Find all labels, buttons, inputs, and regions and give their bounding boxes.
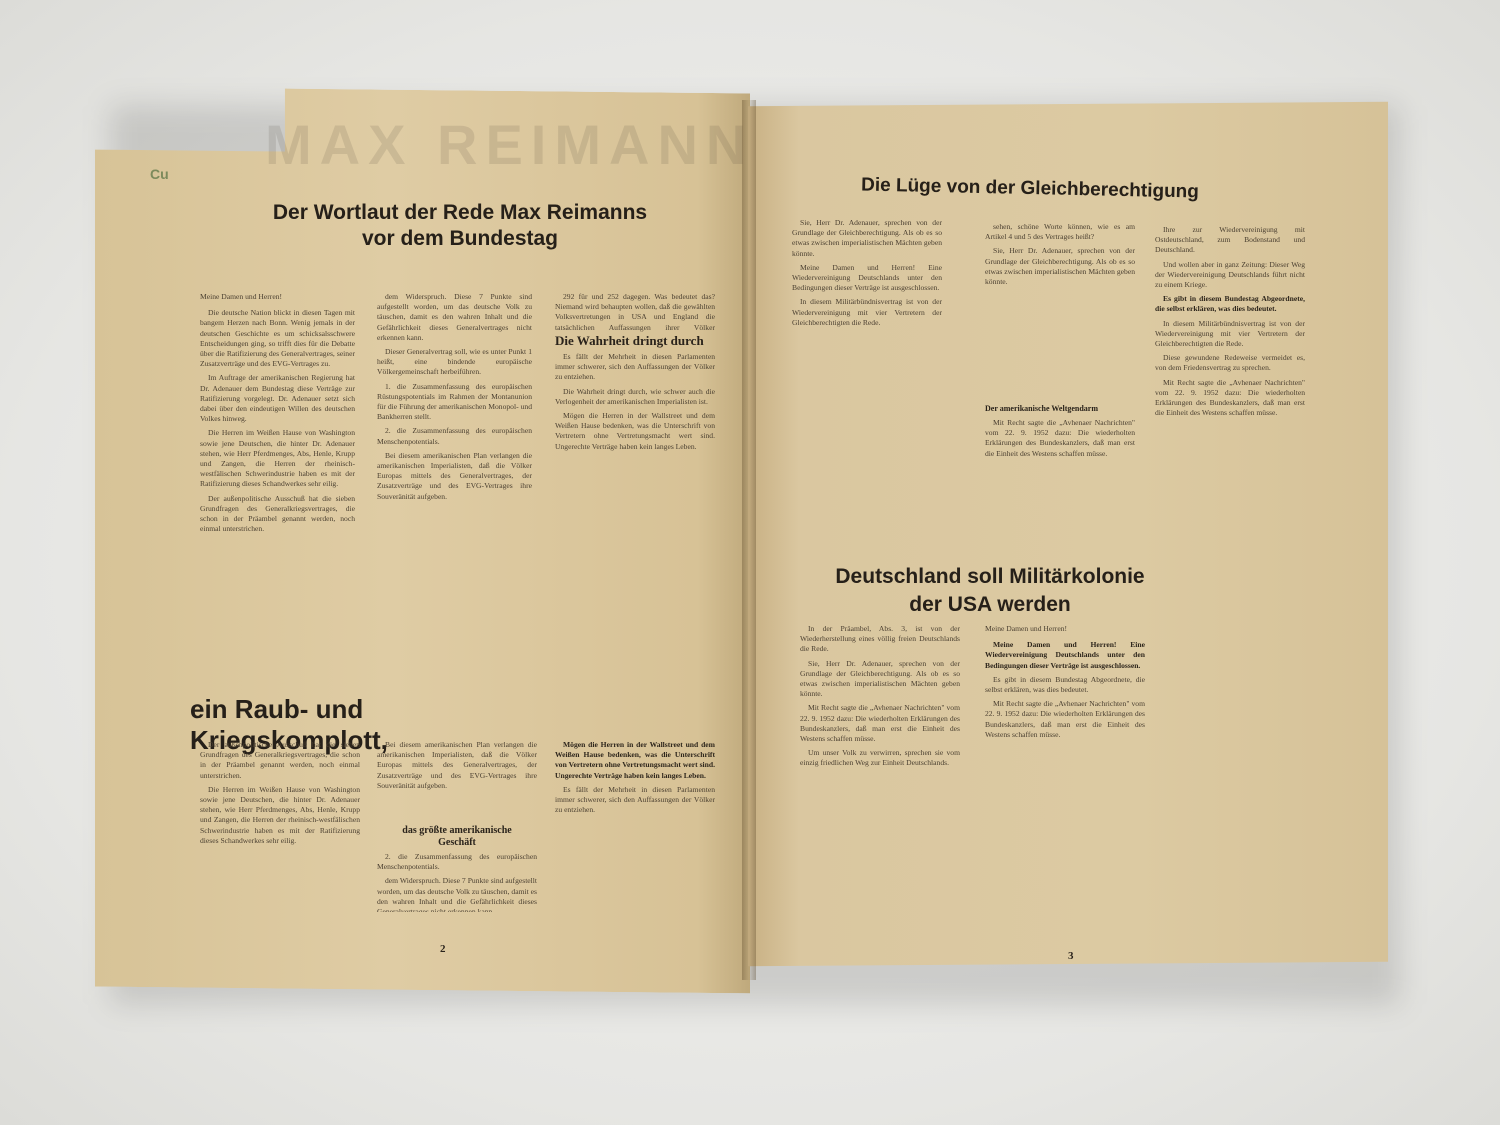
paragraph: Dieser Generalvertrag soll, wie es unter…	[377, 347, 532, 378]
salutation: Meine Damen und Herren!	[200, 292, 355, 302]
headline-line-1: Deutschland soll Militärkolonie	[835, 565, 1144, 588]
subhead-wahrheit: Die Wahrheit dringt durch	[555, 333, 704, 349]
page-gutter	[742, 100, 756, 980]
paragraph: Mögen die Herren in der Wallstreet und d…	[555, 740, 715, 781]
paragraph: Meine Damen und Herren!	[985, 624, 1145, 634]
headline-line-2: vor dem Bundestag	[362, 227, 558, 250]
headline-line-2: der USA werden	[909, 593, 1070, 616]
paragraph: dem Widerspruch. Diese 7 Punkte sind auf…	[377, 876, 537, 912]
paragraph: Es fällt der Mehrheit in diesen Parlamen…	[555, 785, 715, 816]
paragraph: sehen, schöne Worte können, wie es am Ar…	[985, 222, 1135, 242]
paragraph: Im Auftrage der amerikanischen Regierung…	[200, 373, 355, 424]
paragraph: Die Herren im Weißen Hause von Washingto…	[200, 428, 355, 489]
paragraph: Sie, Herr Dr. Adenauer, sprechen von der…	[792, 218, 942, 259]
paragraph: In diesem Militärbündnisvertrag ist von …	[1155, 319, 1305, 350]
subhead-weltgendarm: Der amerikanische Weltgendarm	[985, 404, 1098, 413]
left-column-2-bottom-2: 2. die Zusammenfassung des europäischen …	[377, 852, 537, 912]
page-number-left: 2	[440, 943, 446, 955]
page-number-right: 3	[1068, 950, 1074, 962]
left-column-1-bottom: Der außenpolitische Ausschuß hat die sie…	[200, 740, 360, 910]
left-column-3-top: 292 für und 252 dagegen. Was bedeutet da…	[555, 292, 715, 332]
paragraph: Und wollen aber in ganz Zeitung: Dieser …	[1155, 260, 1305, 291]
left-column-3: Es fällt der Mehrheit in diesen Parlamen…	[555, 352, 715, 682]
paragraph: Diese gewundene Redeweise vermeidet es, …	[1155, 353, 1305, 373]
headline-wortlaut: Der Wortlaut der Rede Max Reimanns vor d…	[250, 200, 670, 252]
paragraph: Die Herren im Weißen Hause von Washingto…	[200, 785, 360, 846]
headline-line-1: Der Wortlaut der Rede Max Reimanns	[273, 201, 647, 224]
subhead-geschaeft: das größte amerikanische Geschäft	[377, 825, 537, 849]
paragraph: Es gibt in diesem Bundestag Abgeordnete,…	[985, 675, 1145, 695]
paragraph: Die Wahrheit dringt durch, wie schwer au…	[555, 387, 715, 407]
paragraph: Es fällt der Mehrheit in diesen Parlamen…	[555, 352, 715, 383]
paragraph: Mit Recht sagte die „Avhenaer Nachrichte…	[985, 418, 1135, 459]
left-column-1: Meine Damen und Herren! Die deutsche Nat…	[200, 292, 355, 682]
paragraph: Der außenpolitische Ausschuß hat die sie…	[200, 494, 355, 535]
paragraph: Die deutsche Nation blickt in diesen Tag…	[200, 308, 355, 369]
paragraph: Meine Damen und Herren! Eine Wiederverei…	[792, 263, 942, 294]
right-column-2: sehen, schöne Worte können, wie es am Ar…	[985, 222, 1135, 402]
left-column-3-bottom: Mögen die Herren in der Wallstreet und d…	[555, 740, 715, 910]
headline-militaerkolonie: Deutschland soll Militärkolonie der USA …	[795, 563, 1185, 619]
paragraph: 292 für und 252 dagegen. Was bedeutet da…	[555, 292, 715, 332]
paragraph: 2. die Zusammenfassung des europäischen …	[377, 852, 537, 872]
paragraph: Mit Recht sagte die „Avhenaer Nachrichte…	[985, 699, 1145, 740]
paragraph: Sie, Herr Dr. Adenauer, sprechen von der…	[800, 659, 960, 700]
paragraph: Ihre zur Wiedervereinigung mit Ostdeutsc…	[1155, 225, 1305, 256]
margin-mark: Cu	[150, 166, 169, 182]
right-column-2b: Mit Recht sagte die „Avhenaer Nachrichte…	[985, 418, 1135, 548]
left-column-2-bottom: Bei diesem amerikanischen Plan verlangen…	[377, 740, 537, 822]
paragraph: In der Präambel, Abs. 3, ist von der Wie…	[800, 624, 960, 655]
ghost-header-bleedthrough: MAX REIMANN	[265, 112, 754, 177]
right-column-1: Sie, Herr Dr. Adenauer, sprechen von der…	[792, 218, 942, 548]
subhead-line-1: das größte amerikanische	[402, 825, 511, 836]
paragraph: In diesem Militärbündnisvertrag ist von …	[792, 297, 942, 328]
paragraph: Mit Recht sagte die „Avhenaer Nachrichte…	[1155, 378, 1305, 419]
paragraph: 1. die Zusammenfassung des europäischen …	[377, 382, 532, 423]
paragraph: Sie, Herr Dr. Adenauer, sprechen von der…	[985, 246, 1135, 287]
right-column-3: Ihre zur Wiedervereinigung mit Ostdeutsc…	[1155, 225, 1305, 845]
paragraph: Um unser Volk zu verwirren, sprechen sie…	[800, 748, 960, 768]
paragraph: dem Widerspruch. Diese 7 Punkte sind auf…	[377, 292, 532, 343]
paragraph: Es gibt in diesem Bundestag Abgeordnete,…	[1155, 294, 1305, 314]
paragraph: Mögen die Herren in der Wallstreet und d…	[555, 411, 715, 452]
paragraph: 2. die Zusammenfassung des europäischen …	[377, 426, 532, 446]
paragraph: Bei diesem amerikanischen Plan verlangen…	[377, 740, 537, 791]
paragraph: Meine Damen und Herren! Eine Wiederverei…	[985, 640, 1145, 671]
paragraph: Mit Recht sagte die „Avhenaer Nachrichte…	[800, 703, 960, 744]
left-column-2: dem Widerspruch. Diese 7 Punkte sind auf…	[377, 292, 532, 682]
subhead-line-2: Geschäft	[438, 837, 476, 848]
right-column-2-bottom: Meine Damen und Herren! Meine Damen und …	[985, 624, 1145, 924]
right-column-1-bottom: In der Präambel, Abs. 3, ist von der Wie…	[800, 624, 960, 924]
paragraph: Bei diesem amerikanischen Plan verlangen…	[377, 451, 532, 502]
paragraph: Der außenpolitische Ausschuß hat die sie…	[200, 740, 360, 781]
